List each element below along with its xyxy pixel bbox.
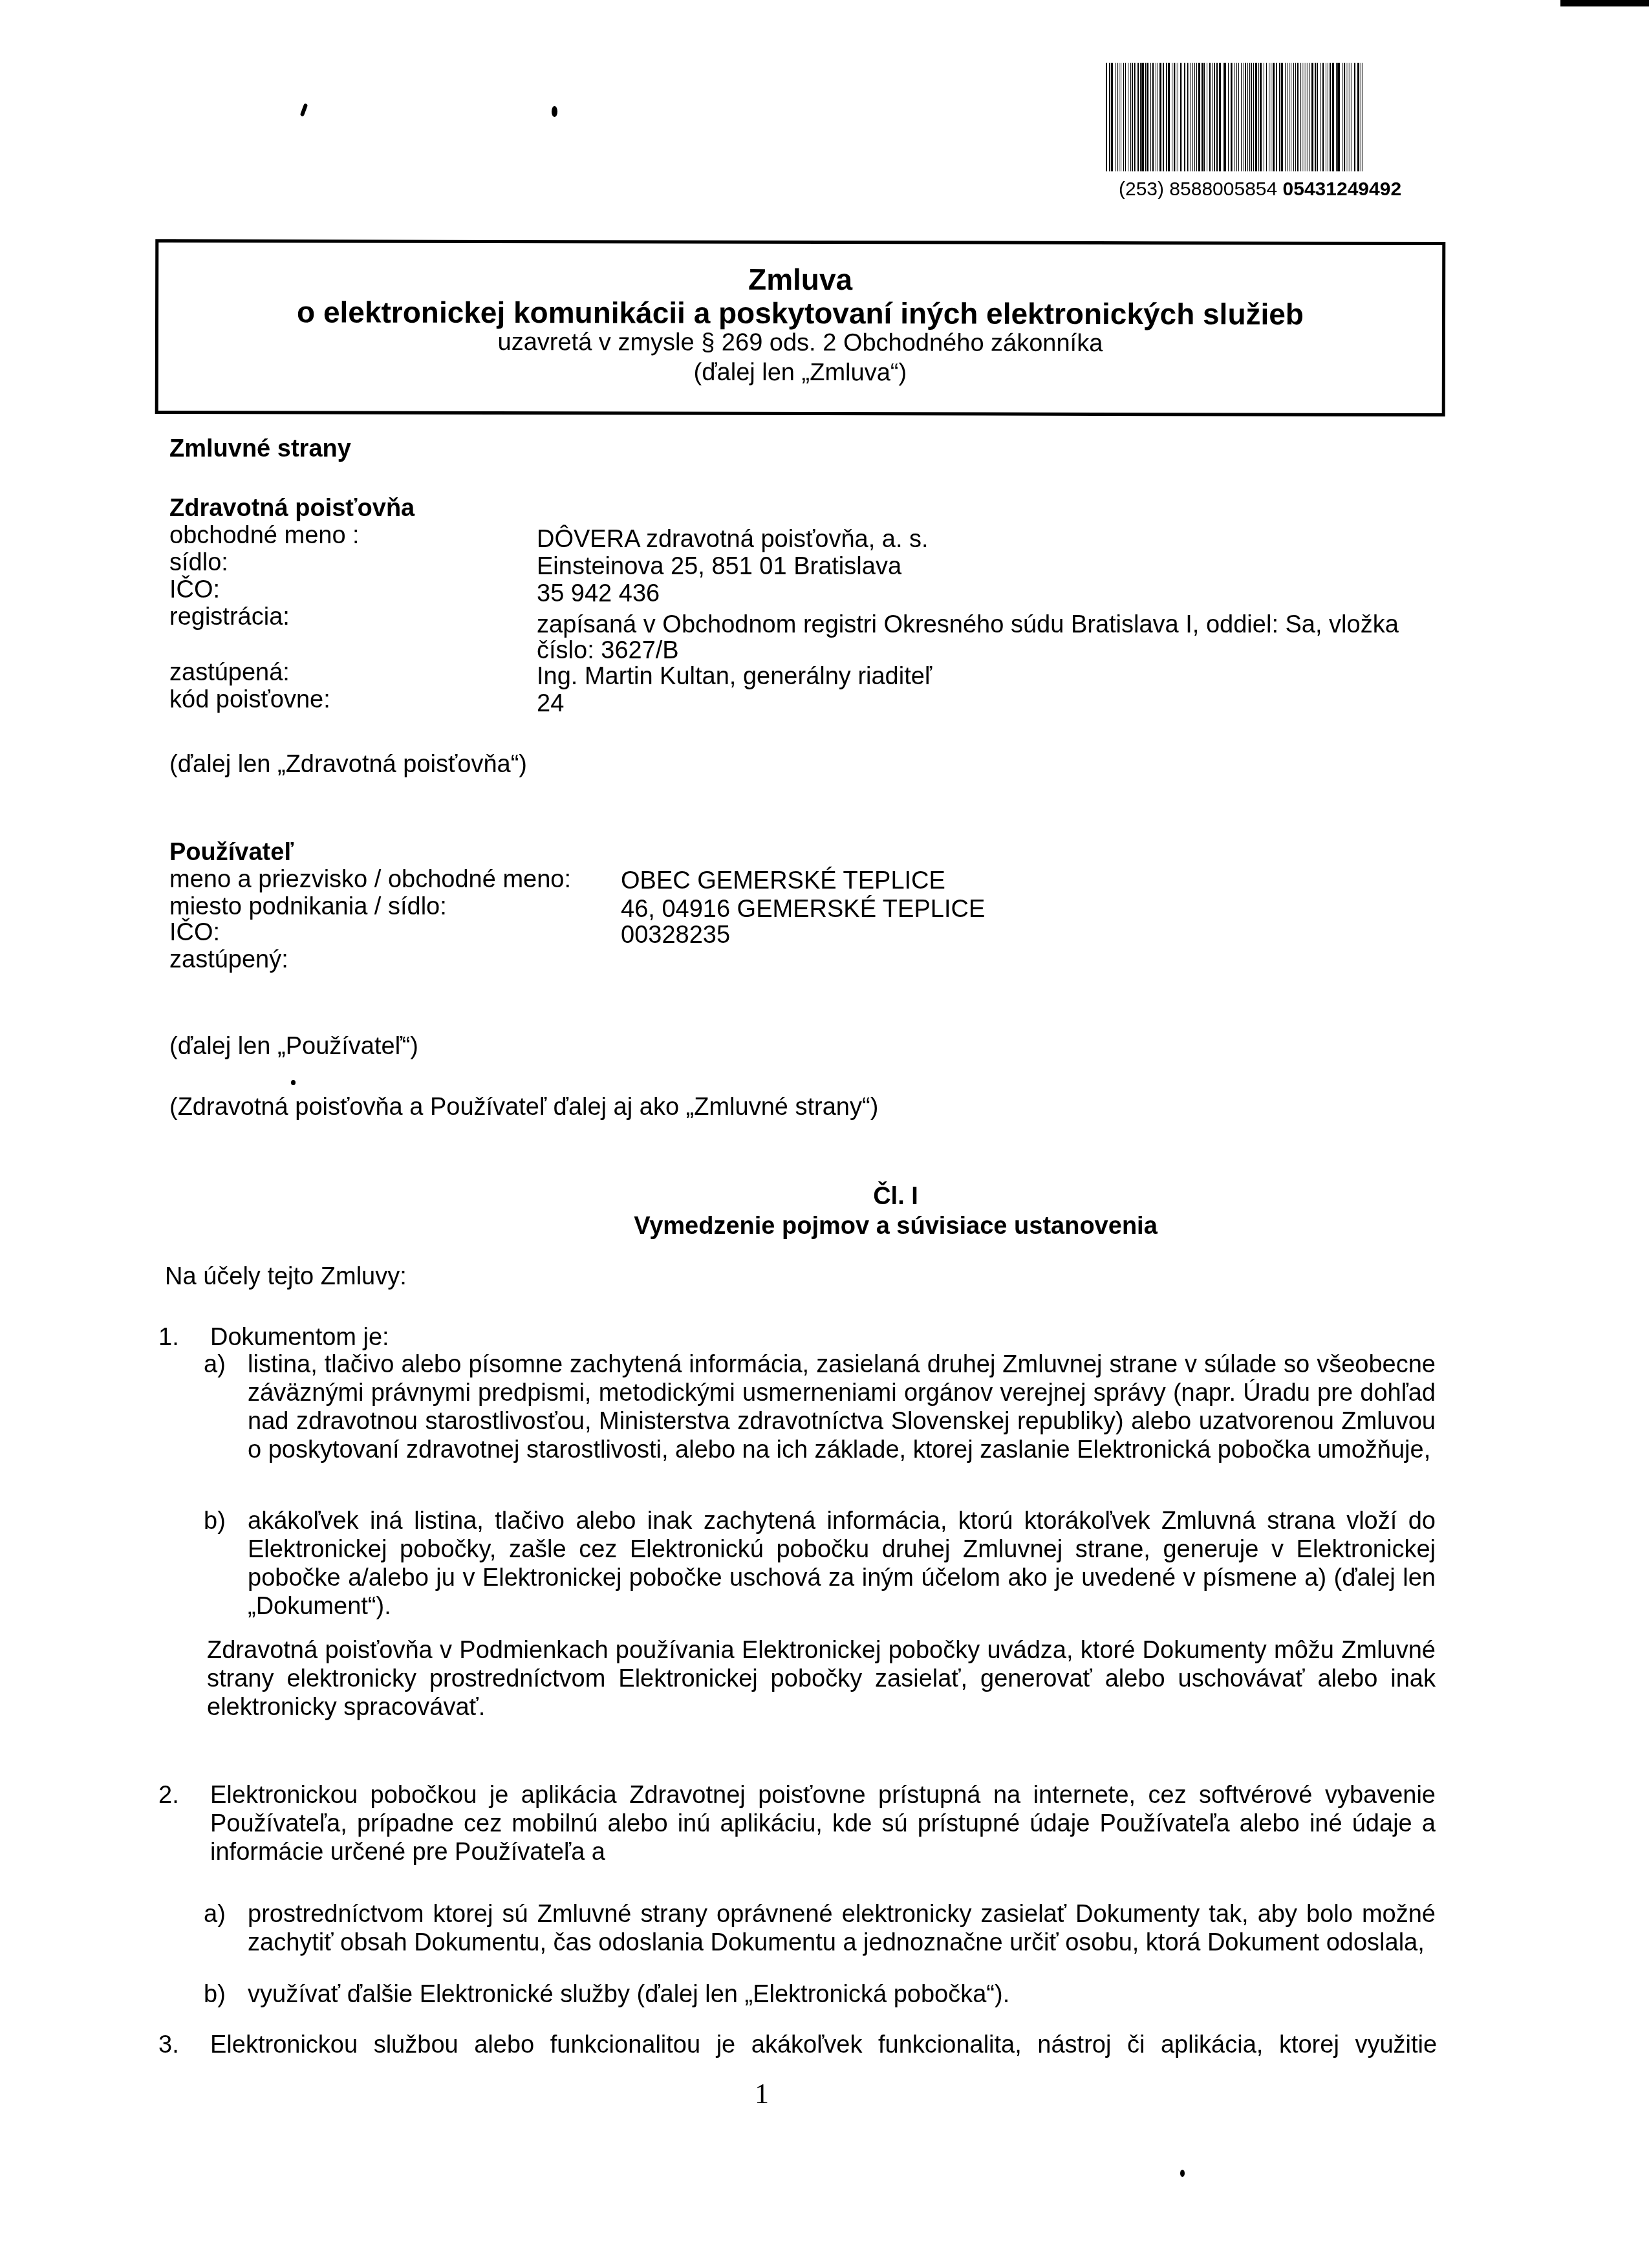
insurer-alias: (ďalej len „Zdravotná poisťovňa“) — [169, 750, 527, 779]
scan-speck — [552, 106, 557, 117]
article-title: Vymedzenie pojmov a súvisiace ustanoveni… — [0, 1212, 1649, 1240]
scan-edge-mark — [1560, 0, 1649, 6]
insurer-value-registration-cont: číslo: 3627/B — [537, 636, 679, 665]
insurer-label-representative: zastúpená: — [169, 658, 290, 687]
document-alias: (ďalej len „Zmluva“) — [158, 358, 1442, 388]
item-1-after: Zdravotná poisťovňa v Podmienkach použív… — [207, 1636, 1436, 1722]
insurer-label-name: obchodné meno : — [169, 521, 360, 550]
user-alias: (ďalej len „Používateľ“) — [169, 1032, 418, 1061]
user-value-seat: 46, 04916 GEMERSKÉ TEPLICE — [621, 895, 985, 923]
insurer-label-code: kód poisťovne: — [169, 686, 330, 714]
user-label-ico: IČO: — [169, 918, 220, 947]
scan-speck — [1180, 2170, 1185, 2177]
item-1-number: 1. — [158, 1323, 179, 1352]
insurer-value-ico: 35 942 436 — [537, 579, 660, 608]
article-number: Čl. I — [0, 1182, 1649, 1211]
user-label-representative: zastúpený: — [169, 945, 288, 974]
item-1b-letter: b) — [204, 1507, 226, 1535]
item-1a-letter: a) — [204, 1350, 226, 1379]
item-2-number: 2. — [158, 1781, 179, 1809]
parties-heading: Zmluvné strany — [169, 435, 351, 463]
scan-speck — [291, 1080, 296, 1085]
document-title: Zmluva — [158, 261, 1442, 298]
insurer-label-seat: sídlo: — [169, 548, 228, 577]
title-box: Zmluva o elektronickej komunikácii a pos… — [155, 239, 1446, 416]
legal-basis: uzavretá v zmysle § 269 ods. 2 Obchodnéh… — [158, 328, 1442, 358]
item-1a-text: listina, tlačivo alebo písomne zachytená… — [248, 1350, 1436, 1464]
page-number: 1 — [755, 2077, 769, 2110]
insurer-value-name: DÔVERA zdravotná poisťovňa, a. s. — [537, 525, 929, 554]
item-2a-text: prostredníctvom ktorej sú Zmluvné strany… — [248, 1900, 1436, 1957]
user-label-seat: miesto podnikania / sídlo: — [169, 892, 447, 921]
insurer-value-representative: Ing. Martin Kultan, generálny riaditeľ — [537, 662, 932, 691]
barcode — [1106, 63, 1364, 171]
insurer-value-seat: Einsteinova 25, 851 01 Bratislava — [537, 552, 901, 581]
article-intro: Na účely tejto Zmluvy: — [165, 1262, 407, 1291]
item-2-text: Elektronickou pobočkou je aplikácia Zdra… — [210, 1781, 1436, 1866]
document-subtitle: o elektronickej komunikácii a poskytovan… — [158, 294, 1442, 332]
scan-speck — [300, 103, 308, 117]
item-2a-letter: a) — [204, 1900, 226, 1928]
joint-alias: (Zdravotná poisťovňa a Používateľ ďalej … — [169, 1093, 878, 1121]
item-2b-letter: b) — [204, 1980, 226, 2009]
item-3-text: Elektronickou službou alebo funkcionalit… — [210, 2031, 1436, 2059]
insurer-value-code: 24 — [537, 689, 564, 718]
insurer-value-registration: zapísaná v Obchodnom registri Okresného … — [537, 610, 1399, 639]
user-label-name: meno a priezvisko / obchodné meno: — [169, 865, 571, 894]
insurer-heading: Zdravotná poisťovňa — [169, 494, 415, 523]
barcode-prefix: (253) 8588005854 — [1119, 178, 1277, 200]
user-value-name: OBEC GEMERSKÉ TEPLICE — [621, 867, 945, 895]
item-1-text: Dokumentom je: — [210, 1323, 389, 1352]
item-1b-text: akákoľvek iná listina, tlačivo alebo ina… — [248, 1507, 1436, 1621]
insurer-label-registration: registrácia: — [169, 603, 290, 631]
user-value-ico: 00328235 — [621, 921, 730, 949]
barcode-suffix: 05431249492 — [1283, 178, 1402, 200]
barcode-number: (253) 8588005854 05431249492 — [1119, 178, 1401, 201]
insurer-label-ico: IČO: — [169, 576, 220, 604]
user-heading: Používateľ — [169, 838, 294, 867]
item-2b-text: využívať ďalšie Elektronické služby (ďal… — [248, 1980, 1436, 2009]
item-3-number: 3. — [158, 2031, 179, 2059]
